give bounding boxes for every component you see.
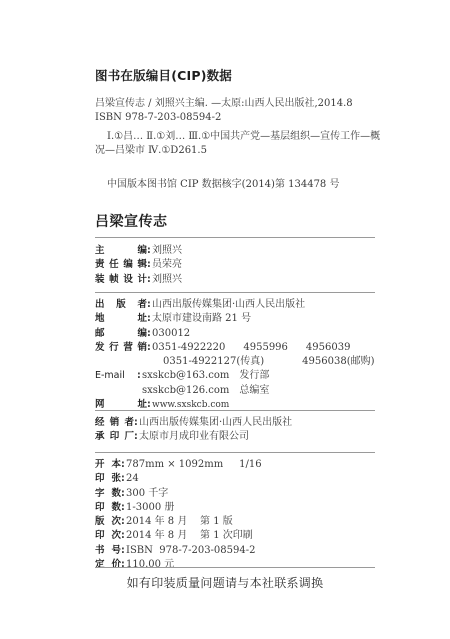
distributor-row: 经 销 者 : 山西出版传媒集团·山西人民出版社 <box>95 416 292 430</box>
label-char: 者 <box>137 298 147 312</box>
spec-label: 印次 <box>95 529 121 543</box>
divider <box>95 452 375 453</box>
quality-notice: 如有印装质量问题请与本社联系调换 <box>0 574 450 591</box>
spec-value: 300 千字 <box>126 487 168 501</box>
label-char: 版 <box>95 515 105 529</box>
email-row: E-mail : sxskcb@163.com 发行部 <box>95 369 375 383</box>
cip-bibliographic-line: 吕梁宣传志 / 刘照兴主编. —太原:山西人民出版社,2014.8 <box>95 97 353 111</box>
cip-classification-line-2: 况—吕梁市 Ⅳ.①D261.5 <box>95 144 380 158</box>
spec-row-printing: 印次 : 2014 年 8 月 第 1 次印刷 <box>95 529 262 543</box>
label-char: 印 <box>95 472 105 486</box>
credit-row-chief-editor: 主 编 : 刘照兴 <box>95 244 182 258</box>
address-label: 地 址 <box>95 312 147 326</box>
spec-value: 787mm × 1092mm 1/16 <box>126 458 262 472</box>
label-char: 价 <box>111 558 121 572</box>
spec-row-isbn: 书号 : ISBN 978-7-203-08594-2 <box>95 544 262 558</box>
email-dept: 发行部 <box>239 369 269 383</box>
mail-order-number: 4956038(邮购) <box>302 355 374 369</box>
credit-label: 责 任 编 辑 <box>95 258 147 272</box>
label-char: 定 <box>95 558 105 572</box>
address-row: 地 址 : 太原市建设南路 21 号 <box>95 312 375 326</box>
spec-label: 字数 <box>95 487 121 501</box>
label-char: 营 <box>123 341 133 355</box>
email-label: E-mail <box>95 369 137 383</box>
label-char: 责 <box>95 258 105 272</box>
copyright-page: 图书在版编目(CIP)数据 吕梁宣传志 / 刘照兴主编. —太原:山西人民出版社… <box>0 0 450 639</box>
credit-value: 员荣亮 <box>152 258 182 272</box>
spec-value: 2014 年 8 月 第 1 次印刷 <box>126 529 253 543</box>
label-char: 发 <box>95 341 105 355</box>
postcode-label: 邮 编 <box>95 327 147 341</box>
label-char: 数 <box>111 487 121 501</box>
spec-label: 印张 <box>95 472 121 486</box>
distributor-value: 山西出版传媒集团·山西人民出版社 <box>139 416 292 430</box>
label-char: 承 <box>95 430 105 444</box>
spec-row-print-run: 印数 : 1-3000 册 <box>95 501 262 515</box>
cip-heading: 图书在版编目(CIP)数据 <box>95 66 232 84</box>
label-char: 计 <box>137 273 147 287</box>
publisher-label: 出 版 者 <box>95 298 147 312</box>
spec-value: 2014 年 8 月 第 1 版 <box>126 515 233 529</box>
label-char: 装 <box>95 273 105 287</box>
fax-number: 0351-4922127(传真) <box>163 355 264 369</box>
printer-label: 承 印 厂 <box>95 430 134 444</box>
email-address: sxskcb@126.com <box>142 384 229 398</box>
spec-label: 书号 <box>95 544 121 558</box>
spec-label: 开本 <box>95 458 121 472</box>
spec-label: 定价 <box>95 558 121 572</box>
spec-value: 24 <box>126 472 139 486</box>
postcode-row: 邮 编 : 030012 <box>95 327 375 341</box>
spec-label: 印数 <box>95 501 121 515</box>
credit-value: 刘照兴 <box>152 273 182 287</box>
credit-row-responsible-editor: 责 任 编 辑 : 员荣亮 <box>95 258 182 272</box>
label-char: 任 <box>109 258 119 272</box>
printer-value: 太原市月成印业有限公司 <box>139 430 249 444</box>
sales-row: 发 行 营 销 : 0351-4922220 4955996 4956039 <box>95 341 375 355</box>
label-char: 开 <box>95 458 105 472</box>
label-char: 编 <box>137 244 147 258</box>
address-value: 太原市建设南路 21 号 <box>152 312 251 326</box>
label-char: 销 <box>110 416 120 430</box>
label-char: 辑 <box>137 258 147 272</box>
credit-label: 主 编 <box>95 244 147 258</box>
divider <box>95 567 375 568</box>
spec-value: 110.00 元 <box>126 558 174 572</box>
distributor-label: 经 销 者 <box>95 416 134 430</box>
cip-data-number: 中国版本图书馆 CIP 数据核字(2014)第 134478 号 <box>107 175 339 190</box>
label-char: 字 <box>95 487 105 501</box>
label-char: 印 <box>110 430 120 444</box>
label-char: 编 <box>137 327 147 341</box>
sales-phone: 0351-4922220 <box>152 341 225 355</box>
cip-classification: Ⅰ.①吕… Ⅱ.①刘… Ⅲ.①中国共产党—基层组织—宣传工作—概 况—吕梁市 Ⅳ… <box>95 130 380 158</box>
divider <box>95 410 375 411</box>
label-char: 邮 <box>95 327 105 341</box>
label-char: 次 <box>111 529 121 543</box>
label-char: 主 <box>95 244 105 258</box>
label-char: 次 <box>111 515 121 529</box>
label-char: 行 <box>109 341 119 355</box>
sales-label: 发 行 营 销 <box>95 341 147 355</box>
email-row-2: sxskcb@126.com 总编室 <box>95 384 375 398</box>
label-char: 帧 <box>109 273 119 287</box>
spec-row-edition: 版次 : 2014 年 8 月 第 1 版 <box>95 515 262 529</box>
divider <box>95 292 375 293</box>
label-char: 号 <box>111 544 121 558</box>
label-char: 张 <box>111 472 121 486</box>
spec-row-format: 开本 : 787mm × 1092mm 1/16 <box>95 458 262 472</box>
label-char: 编 <box>123 258 133 272</box>
publisher-row: 出 版 者 : 山西出版传媒集团·山西人民出版社 <box>95 298 375 312</box>
label-char: 址 <box>137 312 147 326</box>
spec-row-sheets: 印张 : 24 <box>95 472 262 486</box>
postcode-value: 030012 <box>152 327 190 341</box>
book-title: 吕梁宣传志 <box>95 211 168 231</box>
email-dept: 总编室 <box>239 384 269 398</box>
printer-row: 承 印 厂 : 太原市月成印业有限公司 <box>95 430 292 444</box>
publisher-value: 山西出版传媒集团·山西人民出版社 <box>152 298 305 312</box>
label-char: 销 <box>137 341 147 355</box>
label-char: 数 <box>111 501 121 515</box>
label-char: 地 <box>95 312 105 326</box>
spec-row-word-count: 字数 : 300 千字 <box>95 487 262 501</box>
credit-row-cover-design: 装 帧 设 计 : 刘照兴 <box>95 273 182 287</box>
publication-specs: 开本 : 787mm × 1092mm 1/16 印张 : 24 字数 : 30… <box>95 458 262 572</box>
sales-row-2: 0351-4922127(传真) 4956038(邮购) <box>95 355 375 369</box>
label-char: 印 <box>95 501 105 515</box>
spec-value: ISBN 978-7-203-08594-2 <box>126 544 255 558</box>
label-char: 书 <box>95 544 105 558</box>
sales-phone: 4955996 <box>243 341 288 355</box>
cip-isbn: ISBN 978-7-203-08594-2 <box>95 111 353 125</box>
label-char: 本 <box>111 458 121 472</box>
credit-label: 装 帧 设 计 <box>95 273 147 287</box>
label-char: 印 <box>95 529 105 543</box>
credit-value: 刘照兴 <box>152 244 182 258</box>
spec-label: 版次 <box>95 515 121 529</box>
cip-catalog-entry: 吕梁宣传志 / 刘照兴主编. —太原:山西人民出版社,2014.8 ISBN 9… <box>95 97 353 125</box>
label-char: 厂 <box>124 430 134 444</box>
cip-classification-line-1: Ⅰ.①吕… Ⅱ.①刘… Ⅲ.①中国共产党—基层组织—宣传工作—概 <box>95 130 380 144</box>
label-char: 设 <box>123 273 133 287</box>
spec-row-price: 定价 : 110.00 元 <box>95 558 262 572</box>
label-char: 经 <box>95 416 105 430</box>
spec-value: 1-3000 册 <box>126 501 174 515</box>
label-char: 版 <box>116 298 126 312</box>
label-char: 出 <box>95 298 105 312</box>
divider <box>95 237 375 238</box>
distribution-info: 经 销 者 : 山西出版传媒集团·山西人民出版社 承 印 厂 : 太原市月成印业… <box>95 416 292 445</box>
editor-credits: 主 编 : 刘照兴 责 任 编 辑 : 员荣亮 装 帧 设 计 : 刘照兴 <box>95 244 182 287</box>
label-char: 者 <box>124 416 134 430</box>
sales-phone: 4956039 <box>306 341 351 355</box>
email-address: sxskcb@163.com <box>142 369 229 383</box>
publisher-info: 出 版 者 : 山西出版传媒集团·山西人民出版社 地 址 : 太原市建设南路 2… <box>95 298 375 412</box>
